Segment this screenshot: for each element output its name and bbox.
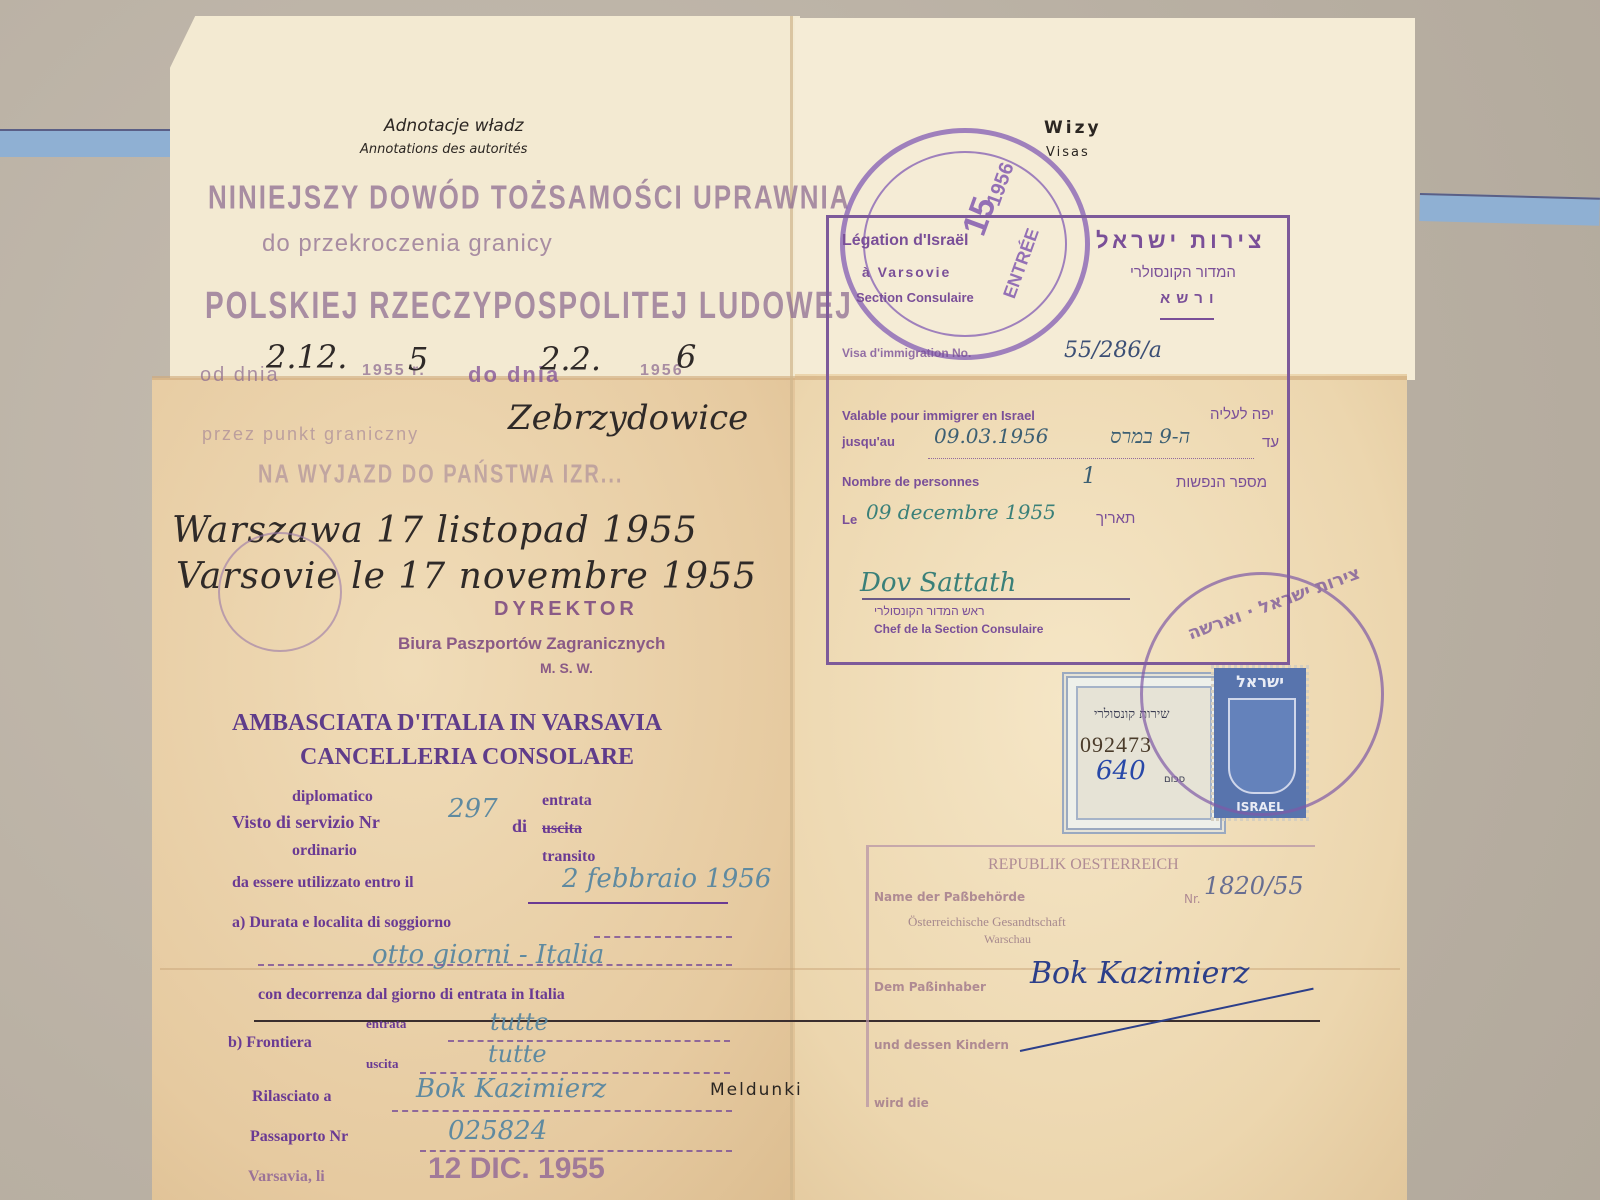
city-underline — [1160, 318, 1214, 320]
revenue-amount: 640 — [1096, 756, 1146, 786]
duration-value-line — [258, 964, 732, 966]
option-entrata: entrata — [542, 792, 592, 810]
passaporto-label: Passaporto Nr — [250, 1128, 348, 1146]
validity-label: da essere utilizzato entro il — [232, 874, 414, 892]
austria-title: REPUBLIK OESTERREICH — [988, 856, 1179, 874]
personnes-label: Nombre de personnes — [842, 474, 979, 489]
personnes-value: 1 — [1082, 464, 1096, 489]
austria-holder-name: Bok Kazimierz — [1030, 956, 1249, 991]
austria-wird-label: wird die — [874, 1096, 929, 1110]
austria-name-label: Name der Paßbehörde — [874, 890, 1025, 904]
frontiera-entrata-value: tutte — [490, 1008, 549, 1036]
jusquau-label: jusqu'au — [842, 434, 895, 449]
option-uscita: uscita — [542, 820, 582, 838]
jusquau-value: 09.03.1956 — [934, 424, 1049, 448]
rilasciato-value: Bok Kazimierz — [416, 1074, 606, 1104]
austria-dem-label: Dem Paßinhaber — [874, 980, 986, 994]
rilasciato-label: Rilasciato a — [252, 1088, 332, 1106]
frontiera-label: b) Frontiera — [228, 1034, 312, 1052]
director-office: Biura Paszportów Zagranicznych — [398, 634, 665, 654]
handwritten-year-to-digit: 6 — [676, 338, 696, 376]
visa-immigration-label: Visa d'immigration No. — [842, 346, 971, 360]
le-label: Le — [842, 512, 857, 527]
left-header-fr: Annotations des autorités — [360, 142, 527, 157]
passaporto-value: 025824 — [448, 1116, 547, 1146]
chef-fr: Chef de la Section Consulaire — [874, 622, 1043, 636]
option-ordinario: ordinario — [292, 842, 357, 860]
frontiera-uscita-value: tutte — [488, 1040, 547, 1068]
revenue-serial: 092473 — [1080, 732, 1152, 758]
director-ministry: M. S. W. — [540, 660, 593, 676]
valable-he: יפה לעליה — [1210, 406, 1274, 423]
handwritten-border-point: Zebrzydowice — [508, 398, 748, 438]
consular-round-stamp: צירות ישראל · וארשה — [1140, 572, 1384, 816]
validity-underline — [528, 902, 728, 904]
passport-office-round-stamp — [218, 532, 342, 652]
decorrenza-label: con decorrenza dal giorno di entrata in … — [258, 986, 565, 1004]
austria-und-label: und dessen Kindern — [874, 1038, 1009, 1052]
austria-issuer-line2: Warschau — [984, 932, 1031, 947]
blue-tape-left — [0, 129, 175, 157]
visa-number: 297 — [448, 794, 498, 824]
austria-nr-value: 1820/55 — [1204, 872, 1304, 900]
italian-embassy-title: AMBASCIATA D'ITALIA IN VARSAVIA — [232, 710, 662, 737]
frontiera-uscita-label: uscita — [366, 1056, 399, 1072]
jusquau-line — [928, 458, 1254, 459]
visa-immigration-number: 55/286/a — [1064, 338, 1162, 363]
varsavia-date: 12 DIC. 1955 — [428, 1152, 605, 1186]
valable-label: Valable pour immigrer en Israel — [842, 408, 1035, 423]
director-title: DYREKTOR — [494, 598, 638, 621]
rilasciato-line — [392, 1110, 732, 1112]
handwritten-date-to: 2.2. — [540, 340, 601, 378]
jusquau-he: עד — [1262, 434, 1279, 451]
stamp-line-3: POLSKIEJ RZECZYPOSPOLITEJ LUDOWEJ — [205, 284, 853, 327]
duration-label: a) Durata e localita di soggiorno — [232, 914, 451, 932]
le-value: 09 decembre 1955 — [866, 500, 1056, 524]
consul-signature: Dov Sattath — [860, 568, 1016, 598]
left-header-pl: Adnotacje władz — [384, 116, 524, 136]
blue-tape-right — [1419, 193, 1600, 226]
stamp-line-2: do przekroczenia granicy — [262, 230, 553, 258]
handwritten-date-from: 2.12. — [266, 338, 347, 376]
legation-city-fr: à Varsovie — [862, 264, 951, 280]
frontiera-entrata-label: entrata — [366, 1016, 406, 1032]
italian-chancery-title: CANCELLERIA CONSOLARE — [300, 744, 634, 771]
legation-he: צירות ישראל — [1096, 228, 1265, 254]
legation-fr: Légation d'Israël — [842, 232, 969, 250]
stamp-line-1: NINIEJSZY DOWÓD TOŻSAMOŚCI UPRAWNIA — [208, 177, 851, 217]
right-header-pl: Wizy — [1044, 118, 1102, 138]
validity-value: 2 febbraio 1956 — [562, 864, 771, 894]
le-he: תאריך — [1096, 510, 1135, 527]
city-he: ורשא — [1160, 290, 1219, 307]
jusquau-he-value: ה-9 במרס — [1110, 424, 1190, 449]
chef-he: ראש המדור הקונסולרי — [874, 604, 985, 618]
stamp-line-6: NA WYJAZD DO PAŃSTWA IZR... — [258, 461, 623, 491]
stamp-border-point-label: przez punkt graniczny — [202, 424, 419, 445]
section-he: המדור הקונסולרי — [1130, 264, 1236, 281]
right-header-fr: Visas — [1046, 145, 1090, 160]
option-diplomatico: diplomatico — [292, 788, 373, 806]
visto-label: Visto di servizio Nr — [232, 812, 380, 833]
legation-section-fr: Section Consulaire — [856, 290, 974, 305]
handwritten-year-from-digit: 5 — [408, 340, 428, 378]
austria-issuer-line1: Österreichische Gesandtschaft — [908, 914, 1066, 930]
personnes-he: מספר הנפשות — [1176, 474, 1267, 491]
meldunki-label: Meldunki — [710, 1080, 803, 1100]
di-label: di — [512, 816, 527, 837]
duration-line — [594, 936, 732, 938]
varsavia-label: Varsavia, li — [248, 1168, 325, 1186]
austria-nr-label: Nr. — [1184, 892, 1201, 906]
signature-line — [862, 598, 1130, 600]
